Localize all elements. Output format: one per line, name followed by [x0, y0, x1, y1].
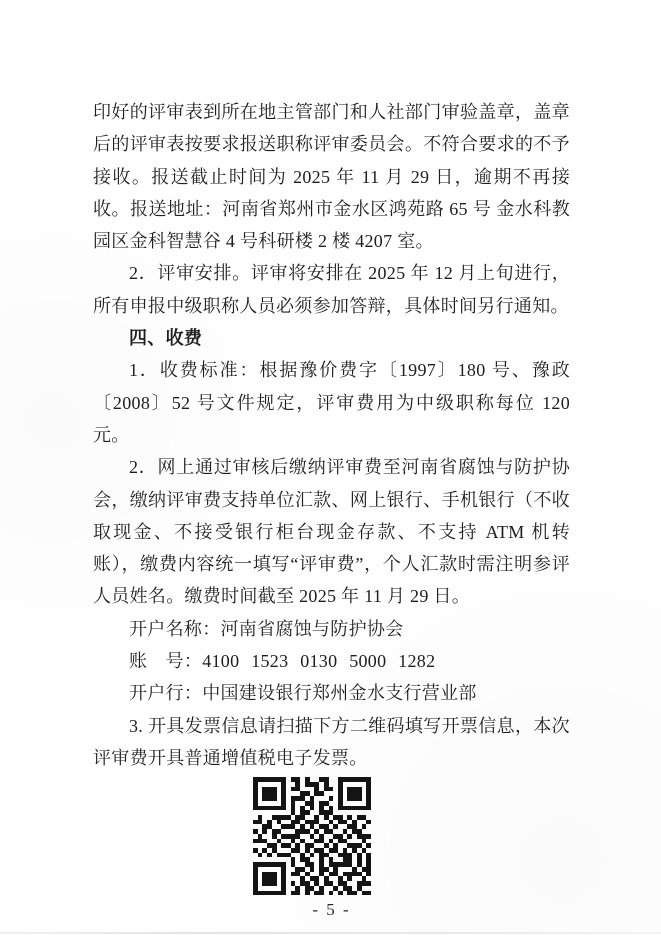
paragraph-submission-stamp-requirements: 印好的评审表到所在地主管部门和人社部门审验盖章，盖章后的评审表按要求报送职称评审… [93, 96, 570, 257]
page-number: - 5 - [93, 900, 570, 920]
section-heading-fees: 四、收费 [93, 322, 570, 354]
paragraph-invoice-info: 3. 开具发票信息请扫描下方二维码填写开票信息，本次评审费开具普通增值税电子发票… [93, 710, 570, 775]
page-bottom-edge [0, 932, 661, 934]
document-page: 印好的评审表到所在地主管部门和人社部门审验盖章，盖章后的评审表按要求报送职称评审… [0, 0, 661, 935]
paragraph-review-schedule: 2．评审安排。评审将安排在 2025 年 12 月上旬进行，所有申报中级职称人员… [93, 257, 570, 322]
invoice-qr-code [253, 777, 371, 895]
bank-branch: 开户行：中国建设银行郑州金水支行营业部 [93, 677, 570, 709]
bank-account-number: 账 号：4100 1523 0130 5000 1282 [93, 645, 570, 677]
document-body: 印好的评审表到所在地主管部门和人社部门审验盖章，盖章后的评审表按要求报送职称评审… [93, 96, 570, 774]
bank-account-name: 开户名称：河南省腐蚀与防护协会 [93, 613, 570, 645]
paragraph-fee-standard: 1．收费标准：根据豫价费字〔1997〕180 号、豫政〔2008〕52 号文件规… [93, 354, 570, 451]
paragraph-payment-methods: 2．网上通过审核后缴纳评审费至河南省腐蚀与防护协会，缴纳评审费支持单位汇款、网上… [93, 451, 570, 612]
